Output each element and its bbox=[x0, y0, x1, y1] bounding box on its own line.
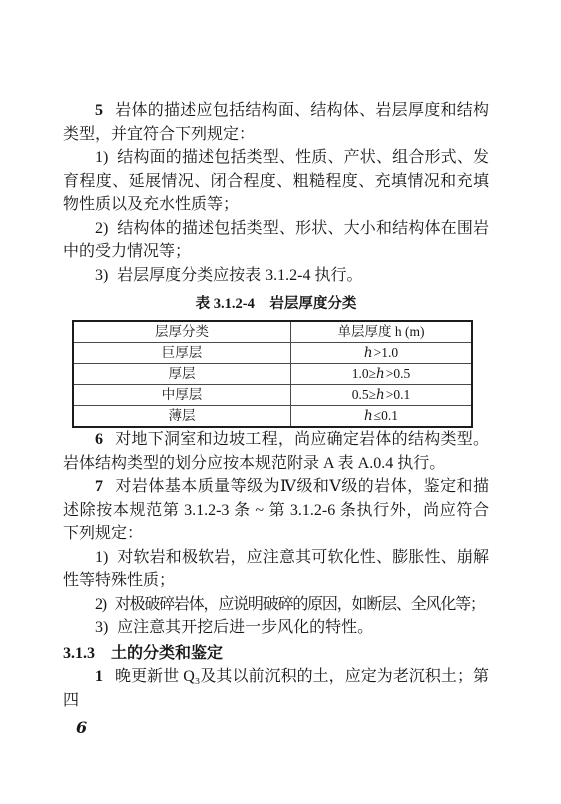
thickness-cell: 1.0≥h>0.5 bbox=[290, 364, 472, 385]
clause-text: 岩体的描述应包括结构面、结构体、岩层厚度和结构类型，并宜符合下列规定： bbox=[63, 102, 489, 143]
table-header-row: 层厚分类 单层厚度 h (m) bbox=[73, 321, 472, 343]
item-marker: 3) bbox=[95, 619, 108, 636]
item-marker: 2) bbox=[95, 596, 106, 613]
h-variable: h bbox=[364, 345, 374, 361]
clause-7-item-1: 1)对软岩和极软岩，应注意其可软化性、膨胀性、崩解性等特殊性质； bbox=[63, 546, 489, 593]
item-marker: 1) bbox=[95, 549, 108, 566]
item-text: 应注意其开挖后进一步风化的特性。 bbox=[117, 619, 373, 636]
item-marker: 2) bbox=[95, 220, 108, 237]
item-text: 对软岩和极软岩，应注意其可软化性、膨胀性、崩解性等特殊性质； bbox=[63, 549, 489, 590]
page-number: 6 bbox=[76, 718, 489, 737]
clause-5-item-3: 3)岩层厚度分类应按表 3.1.2-4 执行。 bbox=[63, 264, 489, 288]
clause-text: 对地下洞室和边坡工程，尚应确定岩体的结构类型。岩体结构类型的划分应按本规范附录 … bbox=[63, 431, 489, 472]
section-3-1-3-item-1: 1晚更新世 Q₃及其以前沉积的土，应定为老沉积土；第四 bbox=[63, 665, 489, 712]
document-page: 5岩体的描述应包括结构面、结构体、岩层厚度和结构类型，并宜符合下列规定： 1)结… bbox=[0, 0, 561, 804]
item-text: 结构体的描述包括类型、形状、大小和结构体在围岩中的受力情况等； bbox=[63, 220, 489, 261]
thickness-cell: 0.5≥h>0.1 bbox=[290, 385, 472, 406]
category-cell: 中厚层 bbox=[73, 385, 290, 406]
item-marker: 1) bbox=[95, 149, 108, 166]
table-caption: 表 3.1.2-4岩层厚度分类 bbox=[63, 294, 489, 314]
clause-5-item-1: 1)结构面的描述包括类型、性质、产状、组合形式、发育程度、延展情况、闭合程度、粗… bbox=[63, 146, 489, 217]
table-row: 中厚层 0.5≥h>0.1 bbox=[73, 385, 472, 406]
clause-5-item-2: 2)结构体的描述包括类型、形状、大小和结构体在围岩中的受力情况等； bbox=[63, 217, 489, 264]
category-cell: 巨厚层 bbox=[73, 343, 290, 364]
clause-6-paragraph: 6对地下洞室和边坡工程，尚应确定岩体的结构类型。岩体结构类型的划分应按本规范附录… bbox=[63, 428, 489, 475]
clause-5-paragraph: 5岩体的描述应包括结构面、结构体、岩层厚度和结构类型，并宜符合下列规定： bbox=[63, 99, 489, 146]
clause-7-item-3: 3)应注意其开挖后进一步风化的特性。 bbox=[63, 616, 489, 640]
clause-text: 对岩体基本质量等级为Ⅳ级和Ⅴ级的岩体，鉴定和描述除按本规范第 3.1.2-3 条… bbox=[63, 478, 489, 542]
column-header-category: 层厚分类 bbox=[73, 321, 290, 343]
clause-number: 6 bbox=[95, 431, 103, 448]
page-content: 5岩体的描述应包括结构面、结构体、岩层厚度和结构类型，并宜符合下列规定： 1)结… bbox=[63, 99, 489, 737]
clause-number: 7 bbox=[95, 478, 103, 495]
table-row: 巨厚层 h>1.0 bbox=[73, 343, 472, 364]
h-variable: h bbox=[376, 387, 386, 403]
thickness-cell: h>1.0 bbox=[290, 343, 472, 364]
table-row: 厚层 1.0≥h>0.5 bbox=[73, 364, 472, 385]
table-caption-label: 表 3.1.2-4 bbox=[196, 296, 255, 312]
item-marker: 3) bbox=[95, 267, 108, 284]
section-3-1-3-heading: 3.1.3土的分类和鉴定 bbox=[63, 642, 489, 666]
section-title: 土的分类和鉴定 bbox=[111, 645, 223, 662]
h-variable: h bbox=[364, 408, 374, 424]
rock-thickness-table: 层厚分类 单层厚度 h (m) 巨厚层 h>1.0 厚层 1.0≥h>0.5 中… bbox=[72, 320, 473, 428]
clause-number: 5 bbox=[95, 102, 103, 119]
item-text: 结构面的描述包括类型、性质、产状、组合形式、发育程度、延展情况、闭合程度、粗糙程… bbox=[63, 149, 489, 213]
item-text: 对极破碎岩体，应说明破碎的原因，如断层、全风化等； bbox=[115, 596, 485, 613]
column-header-thickness: 单层厚度 h (m) bbox=[290, 321, 472, 343]
item-text: 岩层厚度分类应按表 3.1.2-4 执行。 bbox=[117, 267, 362, 284]
table-caption-title: 岩层厚度分类 bbox=[269, 296, 356, 312]
section-number: 3.1.3 bbox=[63, 645, 95, 662]
category-cell: 薄层 bbox=[73, 406, 290, 428]
thickness-cell: h≤0.1 bbox=[290, 406, 472, 428]
table-row: 薄层 h≤0.1 bbox=[73, 406, 472, 428]
clause-7-paragraph: 7对岩体基本质量等级为Ⅳ级和Ⅴ级的岩体，鉴定和描述除按本规范第 3.1.2-3 … bbox=[63, 475, 489, 546]
clause-number: 1 bbox=[95, 668, 103, 685]
clause-text: 晚更新世 Q₃及其以前沉积的土，应定为老沉积土；第四 bbox=[63, 668, 489, 709]
h-variable: h bbox=[376, 366, 386, 382]
clause-7-item-2: 2)对极破碎岩体，应说明破碎的原因，如断层、全风化等； bbox=[63, 593, 489, 617]
category-cell: 厚层 bbox=[73, 364, 290, 385]
